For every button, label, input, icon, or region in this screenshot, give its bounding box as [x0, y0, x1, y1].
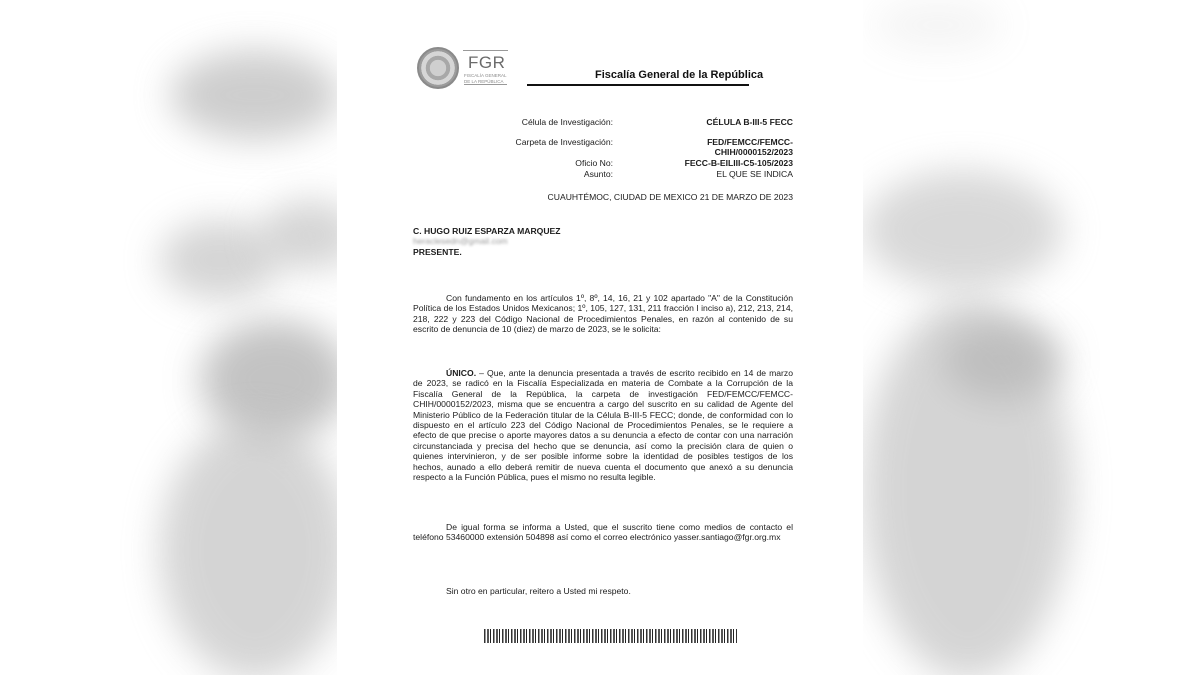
date-line: CUAUHTÉMOC, CIUDAD DE MEXICO 21 DE MARZO… — [548, 192, 793, 202]
barcode — [484, 629, 737, 643]
document-page: FGR FISCALÍA GENERAL DE LA REPÚBLICA Fis… — [337, 0, 863, 675]
salutation: PRESENTE. — [413, 247, 561, 257]
fgr-logo-subtitle: FISCALÍA GENERAL DE LA REPÚBLICA — [464, 73, 507, 85]
institution-title: Fiscalía General de la República — [595, 70, 763, 80]
logo-rule — [463, 50, 508, 51]
mexico-coat-of-arms-icon — [417, 47, 459, 89]
blurred-background-left — [0, 0, 337, 675]
paragraph-legal-basis: Con fundamento en los artículos 1º, 8º, … — [413, 293, 793, 335]
paragraph-closing: Sin otro en particular, reitero a Usted … — [413, 586, 793, 596]
header-rule — [527, 84, 749, 86]
recipient-block: C. HUGO RUIZ ESPARZA MARQUEZ heraclesedn… — [413, 226, 561, 257]
paragraph-unico: ÚNICO. – Que, ante la denuncia presentad… — [413, 368, 793, 482]
recipient-email-redacted: heraclesedn@gmail.com — [413, 236, 561, 246]
fgr-logo: FGR — [468, 54, 505, 72]
paragraph-contact: De igual forma se informa a Usted, que e… — [413, 522, 793, 543]
blurred-background-right — [863, 0, 1200, 675]
recipient-name: C. HUGO RUIZ ESPARZA MARQUEZ — [413, 226, 561, 236]
